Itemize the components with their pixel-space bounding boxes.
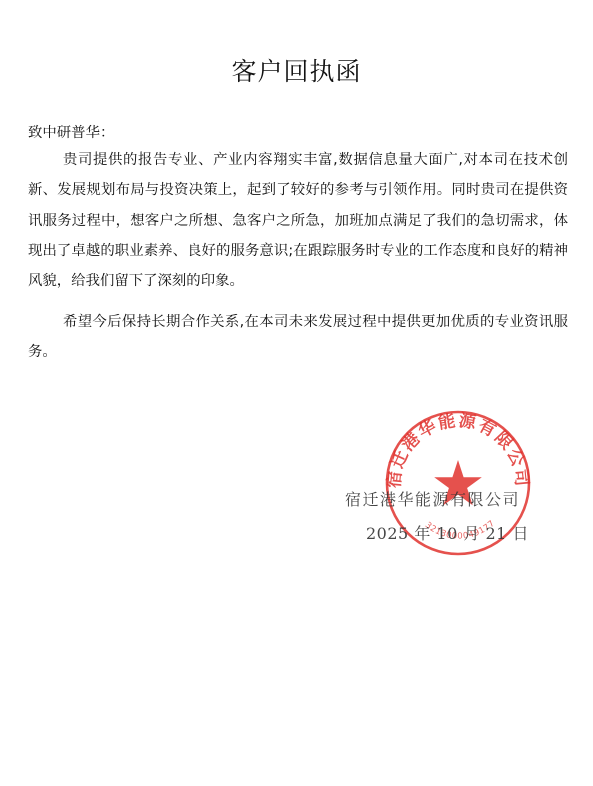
date-year: 2025 [366,524,409,543]
body-paragraph-2: 希望今后保持长期合作关系,在本司未来发展过程中提供更加优质的专业资讯服务。 [28,307,568,368]
signer-company-name: 宿迁港华能源有限公司 [345,487,540,510]
date-month: 10 [436,524,457,543]
date-day-unit: 日 [512,524,529,543]
date-month-unit: 月 [463,524,480,543]
signature-date: 2025 年 10 月 21 日 [366,521,529,544]
document-title: 客户回执函 [0,52,593,88]
body-paragraph-1: 贵司提供的报告专业、产业内容翔实丰富,数据信息量大面广,对本司在技术创新、发展规… [28,145,568,296]
salutation: 致中研普华： [28,121,114,142]
date-year-unit: 年 [414,524,431,543]
date-day: 21 [485,524,506,543]
